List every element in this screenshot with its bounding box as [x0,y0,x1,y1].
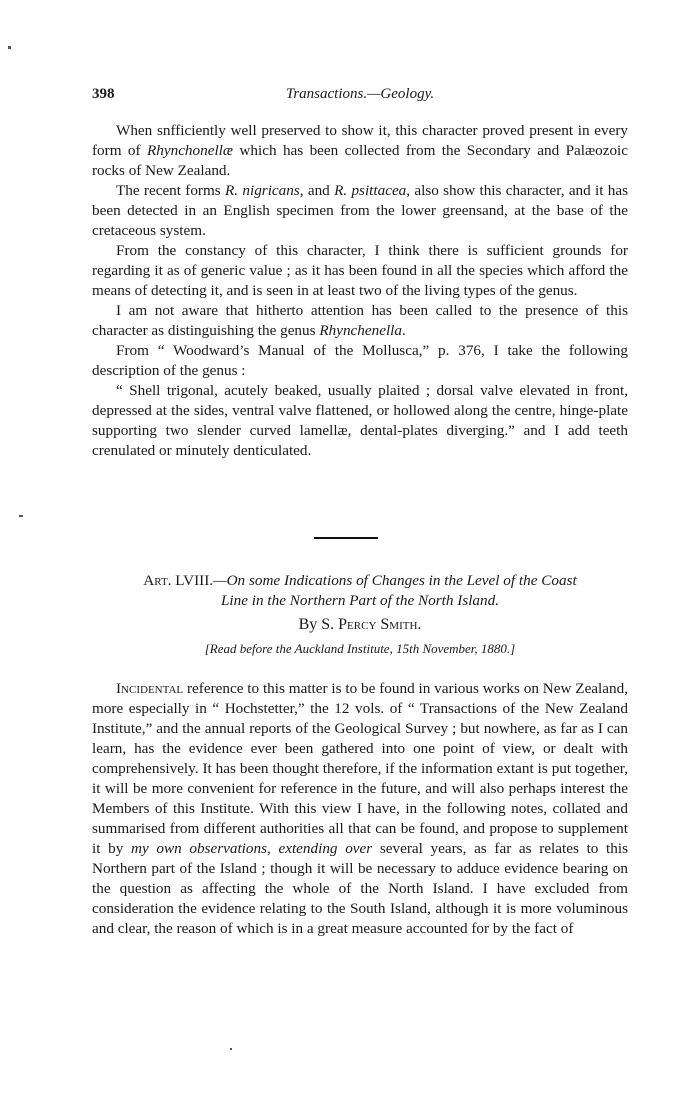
paragraph: The recent forms R. nigricans, and R. ps… [92,181,628,241]
running-header: 398 Transactions.—Geology. [92,86,628,106]
article-title-text-1: —On some Indications of Changes in the L… [213,572,577,589]
italic-text: R. psittacea [334,182,406,199]
author-byline: By S. Percy Smith. [92,615,628,635]
text-run: , and [300,182,334,199]
italic-text: extending over [278,840,372,857]
article-label: Art. LVIII. [143,572,213,589]
article-title: Art. LVIII.—On some Indications of Chang… [92,571,628,611]
italic-text: Rhynchonellæ [147,142,233,159]
section-rhynchonella-text: When snfficiently well preserved to show… [92,121,628,461]
text-run: From the constancy of this character, I … [92,242,628,299]
read-before-note: [Read before the Auckland Institute, 15t… [92,641,628,657]
scan-speck [19,515,23,517]
article-title-line-2: Line in the Northern Part of the North I… [92,591,628,611]
byline-suffix: . [417,616,421,633]
quoted-description: “ Shell trigonal, acutely beaked, usuall… [92,381,628,461]
text-run: The recent forms [116,182,225,199]
italic-text: R. nigricans [225,182,300,199]
text-run: . [402,322,406,339]
text-run: , [267,840,278,857]
italic-text: Rhynchenella [319,322,402,339]
running-title: Transactions.—Geology. [92,86,628,103]
section-divider-rule [314,537,378,539]
scan-speck [8,46,11,49]
text-run: reference to this matter is to be found … [92,680,628,857]
paragraph: I am not aware that hitherto attention h… [92,301,628,341]
document-page: 398 Transactions.—Geology. When snfficie… [0,0,697,1100]
italic-text: my own observations [131,840,267,857]
paragraph-body: reference to this matter is to be found … [92,680,628,937]
paragraph: When snfficiently well preserved to show… [92,121,628,181]
lead-word: Incidental [116,680,183,697]
article-title-text-2: Line in the Northern Part of the North I… [221,592,499,609]
paragraph: From the constancy of this character, I … [92,241,628,301]
scan-speck [230,1048,232,1050]
paragraph: From “ Woodward’s Manual of the Mollusca… [92,341,628,381]
article-title-line-1: Art. LVIII.—On some Indications of Chang… [92,571,628,591]
byline-prefix: By S. [299,616,339,633]
text-run: “ Shell trigonal, acutely beaked, usuall… [92,382,628,459]
author-name: Percy Smith [338,616,417,633]
opening-paragraph: Incidental reference to this matter is t… [92,679,628,939]
article-body-text: Incidental reference to this matter is t… [92,679,628,939]
text-run: From “ Woodward’s Manual of the Mollusca… [92,342,628,379]
